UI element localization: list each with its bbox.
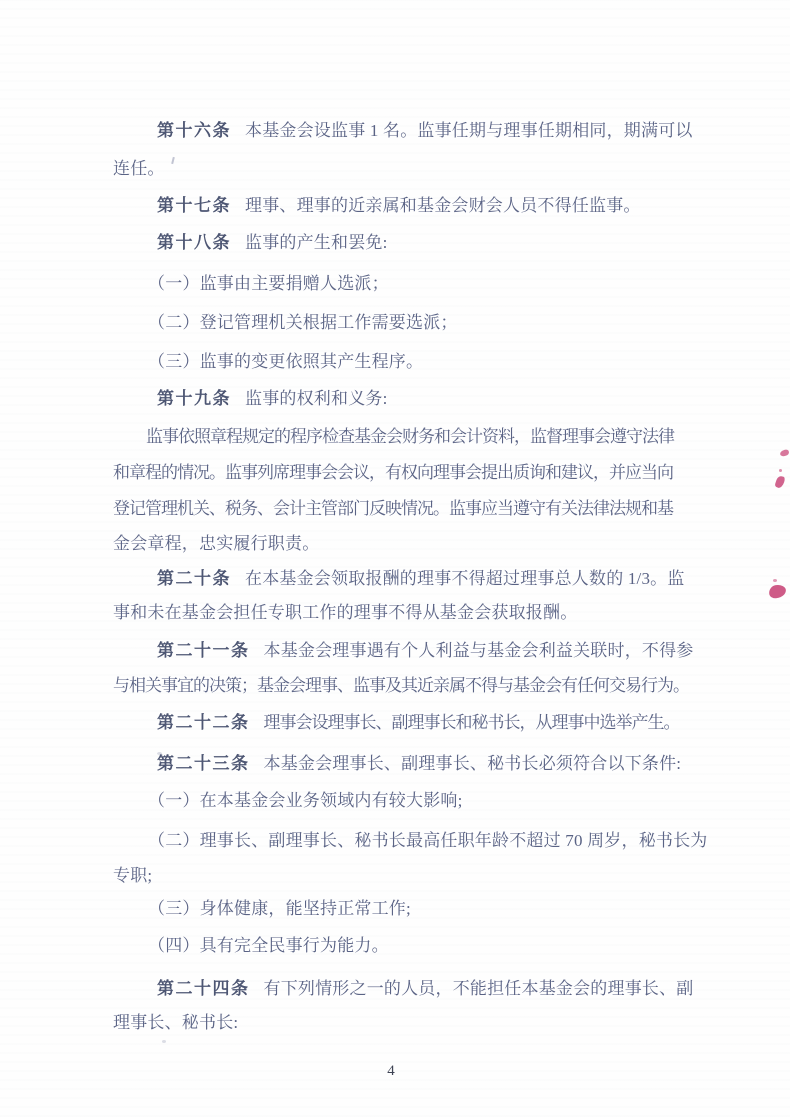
list-item-2: （二）登记管理机关根据工作需要选派； [113,305,458,341]
red-stamp-fragment [779,449,789,457]
list-item-2-line-2: 专职; [113,858,152,894]
line-text: 登记管理机关、税务、会计主管部门反映情况。监事应当遵守有关法律法规和基 [113,499,673,518]
line-text: （三）监事的变更依照其产生程序。 [148,352,423,371]
paragraph-line: 金会章程，忠实履行职责。 [113,526,319,562]
article-16-line-2: 连任。 [113,151,165,187]
list-item-3: （三）身体健康，能坚持正常工作; [113,891,411,927]
article-number: 第二十三条 [157,754,250,773]
line-text: （二）登记管理机关根据工作需要选派； [148,313,458,332]
article-24-line-2: 理事长、秘书长: [113,1005,238,1041]
line-text: 理事、理事的近亲属和基金会财会人员不得任监事。 [245,196,641,215]
line-text: 连任。 [113,159,165,178]
article-19-line: 第十九条监事的权利和义务: [113,381,388,417]
line-text: （一）在本基金会业务领域内有较大影响; [148,791,463,810]
line-text: 理事会设理事长、副理事长和秘书长，从理事中选举产生。 [264,713,680,732]
line-text: 事和未在基金会担任专职工作的理事不得从基金会获取报酬。 [113,603,577,622]
line-text: 监事的产生和罢免: [245,233,388,252]
line-text: 与相关事宜的决策；基金会理事、监事及其近亲属不得与基金会有任何交易行为。 [113,676,689,695]
article-17-line: 第十七条理事、理事的近亲属和基金会财会人员不得任监事。 [113,188,641,224]
article-18-line: 第十八条监事的产生和罢免: [113,225,388,261]
line-text: 有下列情形之一的人员，不能担任本基金会的理事长、副 [264,979,694,998]
paragraph-line: 监事依照章程规定的程序检查基金会财务和会计资料，监督理事会遵守法律 [113,419,674,455]
line-text: 监事的权利和义务: [245,389,388,408]
article-number: 第二十二条 [157,713,250,732]
line-text: 在本基金会领取报酬的理事不得超过理事总人数的 1/3。监 [245,569,685,588]
article-number: 第二十一条 [157,641,250,660]
list-item-1: （一）监事由主要捐赠人选派； [113,266,389,302]
red-stamp-fragment [774,475,785,489]
line-text: 本基金会设监事 1 名。监事任期与理事任期相同，期满可以 [245,121,693,140]
red-stamp-fragment [779,469,782,472]
scan-artifact [171,157,175,164]
list-item-3: （三）监事的变更依照其产生程序。 [113,344,423,380]
line-text: 监事依照章程规定的程序检查基金会财务和会计资料，监督理事会遵守法律 [146,427,674,446]
line-text: （四）具有完全民事行为能力。 [148,936,389,955]
list-item-2-line-1: （二）理事长、副理事长、秘书长最高任职年龄不超过 70 周岁，秘书长为 [113,823,708,859]
article-23-line: 第二十三条本基金会理事长、副理事长、秘书长必须符合以下条件: [113,746,681,782]
list-item-1: （一）在本基金会业务领域内有较大影响; [113,783,463,819]
scan-artifact [157,752,162,755]
article-20-line-2: 事和未在基金会担任专职工作的理事不得从基金会获取报酬。 [113,595,577,631]
paragraph-line: 登记管理机关、税务、会计主管部门反映情况。监事应当遵守有关法律法规和基 [113,491,673,527]
article-number: 第十七条 [157,196,231,215]
page-number: 4 [0,1054,782,1088]
article-24-line-1: 第二十四条有下列情形之一的人员，不能担任本基金会的理事长、副 [113,971,694,1007]
article-number: 第二十条 [157,569,231,588]
scan-artifact [162,1040,166,1043]
red-stamp-fragment [768,584,787,599]
article-16-line-1: 第十六条本基金会设监事 1 名。监事任期与理事任期相同，期满可以 [113,113,693,149]
line-text: 专职; [113,866,152,885]
line-text: 本基金会理事遇有个人利益与基金会利益关联时，不得参 [264,641,694,660]
line-text: （三）身体健康，能坚持正常工作; [148,899,411,918]
line-text: （一）监事由主要捐赠人选派； [148,274,389,293]
article-20-line-1: 第二十条在本基金会领取报酬的理事不得超过理事总人数的 1/3。监 [113,561,685,597]
article-22-line: 第二十二条理事会设理事长、副理事长和秘书长，从理事中选举产生。 [113,705,680,741]
document-page: 第十六条本基金会设监事 1 名。监事任期与理事任期相同，期满可以 连任。 第十七… [0,0,790,1117]
article-number: 第十六条 [157,121,231,140]
line-text: 和章程的情况。监事列席理事会会议，有权向理事会提出质询和建议，并应当向 [113,463,673,482]
line-text: 理事长、秘书长: [113,1013,238,1032]
article-number: 第十八条 [157,233,231,252]
list-item-4: （四）具有完全民事行为能力。 [113,928,389,964]
line-text: 本基金会理事长、副理事长、秘书长必须符合以下条件: [264,754,682,773]
article-number: 第二十四条 [157,979,250,998]
article-21-line-1: 第二十一条本基金会理事遇有个人利益与基金会利益关联时，不得参 [113,633,694,669]
article-number: 第十九条 [157,389,231,408]
line-text: 金会章程，忠实履行职责。 [113,534,319,553]
article-21-line-2: 与相关事宜的决策；基金会理事、监事及其近亲属不得与基金会有任何交易行为。 [113,668,689,704]
red-stamp-fragment [773,579,777,582]
paragraph-line: 和章程的情况。监事列席理事会会议，有权向理事会提出质询和建议，并应当向 [113,455,673,491]
line-text: （二）理事长、副理事长、秘书长最高任职年龄不超过 70 周岁，秘书长为 [148,831,708,850]
